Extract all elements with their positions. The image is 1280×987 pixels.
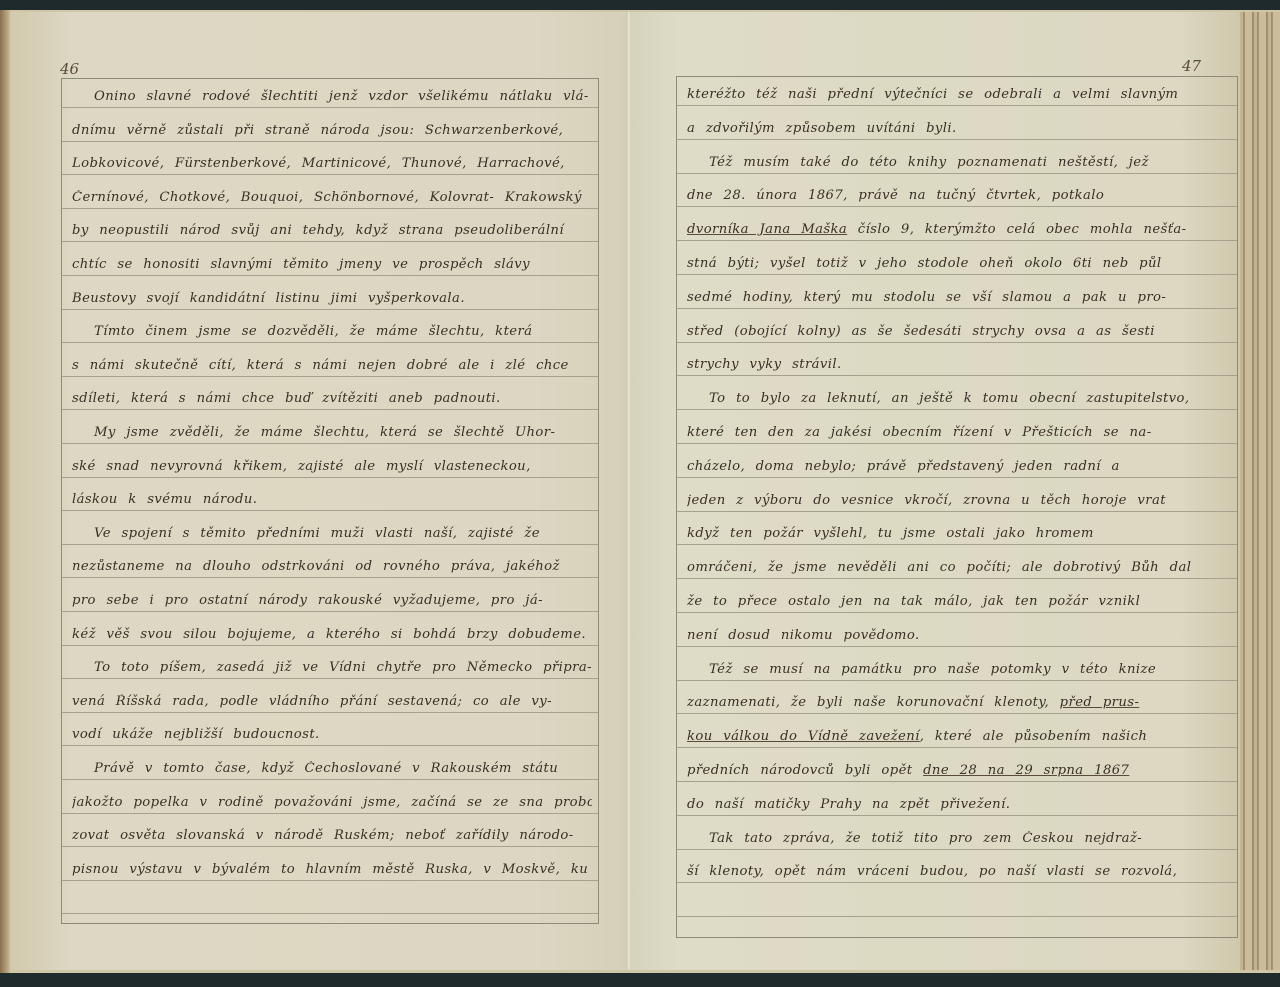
ruled-line [677, 612, 1237, 613]
ruled-line [62, 309, 598, 310]
handwritten-line: Černínové, Chotkové, Bouquoi, Schönborno… [72, 190, 592, 205]
handwritten-line: To toto píšem, zasedá již ve Vídni chytř… [72, 660, 592, 675]
handwritten-line: Tak tato zpráva, že totiž tito pro zem Č… [687, 831, 1231, 846]
handwritten-line: předních národovců byli opět dne 28 na 2… [687, 763, 1231, 778]
ruled-line [677, 375, 1237, 376]
handwritten-line: a zdvořilým způsobem uvítáni byli. [687, 121, 1231, 136]
handwritten-line: zaznamenati, že byli naše korunovační kl… [687, 695, 1231, 710]
underlined-text: dne 28 na 29 srpna 1867 [923, 763, 1129, 778]
ruled-line [677, 747, 1237, 748]
handwritten-line: kou válkou do Vídně zavežení, které ale … [687, 729, 1231, 744]
ruled-line [677, 713, 1237, 714]
page-stack-edge [1240, 12, 1280, 970]
ruled-line [62, 611, 598, 612]
handwritten-line: střed (obojící kolny) as še šedesáti str… [687, 324, 1231, 339]
ruled-frame-left: Onino slavné rodové šlechtiti jenž vzdor… [61, 78, 599, 924]
ruled-line [677, 511, 1237, 512]
handwritten-line: stná býti; vyšel totiž v jeho stodole oh… [687, 256, 1231, 271]
ruled-line [62, 208, 598, 209]
left-page: 46 Onino slavné rodové šlechtiti jenž vz… [10, 12, 628, 970]
ruled-line [62, 409, 598, 410]
ruled-line [62, 241, 598, 242]
ruled-line [677, 781, 1237, 782]
handwritten-line: sedmé hodiny, který mu stodolu se vší sl… [687, 290, 1231, 305]
handwritten-line: nezůstaneme na dlouho odstrkováni od rov… [72, 559, 592, 574]
ruled-line [677, 342, 1237, 343]
handwritten-line: Beustovy svojí kandidátní listinu jimi v… [72, 291, 592, 306]
ruled-line [677, 308, 1237, 309]
handwritten-line: Tímto činem jsme se dozvěděli, že máme š… [72, 324, 592, 339]
ruled-line [62, 813, 598, 814]
ruled-line [62, 107, 598, 108]
ruled-line [62, 174, 598, 175]
ruled-line [62, 342, 598, 343]
ruled-line [62, 745, 598, 746]
ruled-line [677, 578, 1237, 579]
underlined-text: před prus- [1060, 695, 1140, 710]
ruled-line [677, 274, 1237, 275]
ruled-line [677, 409, 1237, 410]
handwritten-line: vodí ukáže nejbližší budoucnost. [72, 727, 592, 742]
handwritten-line: kéž věš svou silou bojujeme, a kterého s… [72, 627, 592, 642]
handwritten-line: do naší matičky Prahy na zpět přivežení. [687, 797, 1231, 812]
handwritten-line: láskou k svému národu. [72, 492, 592, 507]
ruled-line [677, 105, 1237, 106]
ruled-line [677, 206, 1237, 207]
ruled-line [677, 882, 1237, 883]
handwritten-line: pisnou výstavu v bývalém to hlavním měst… [72, 862, 592, 877]
handwritten-line: kteréžto též naši přední výtečníci se od… [687, 87, 1231, 102]
right-page: 47 kteréžto též naši přední výtečníci se… [630, 12, 1240, 970]
handwritten-line: Právě v tomto čase, když Čechoslované v … [72, 761, 592, 776]
ruled-line [677, 173, 1237, 174]
ruled-line [62, 779, 598, 780]
handwritten-line: My jsme zvěděli, že máme šlechtu, která … [72, 425, 592, 440]
handwritten-line: které ten den za jakési obecním řízení v… [687, 425, 1231, 440]
ruled-line [62, 712, 598, 713]
ruled-line [62, 477, 598, 478]
handwritten-line: není dosud nikomu povědomo. [687, 628, 1231, 643]
underlined-text: dvorníka Jana Maška [687, 222, 847, 237]
page-number-right: 47 [1182, 57, 1201, 75]
ruled-line [62, 376, 598, 377]
ruled-line [62, 678, 598, 679]
ruled-line [62, 577, 598, 578]
ruled-line [62, 510, 598, 511]
handwritten-line: Ve spojení s těmito předními muži vlasti… [72, 526, 592, 541]
ruled-line [677, 544, 1237, 545]
ruled-line [677, 443, 1237, 444]
handwritten-line: dne 28. února 1867, právě na tučný čtvrt… [687, 188, 1231, 203]
handwritten-line: ské snad nevyrovná křikem, zajisté ale m… [72, 459, 592, 474]
handwritten-line: strychy vyky strávil. [687, 357, 1231, 372]
ruled-line [62, 913, 598, 914]
ruled-line [62, 645, 598, 646]
ruled-line [677, 139, 1237, 140]
ruled-line [677, 646, 1237, 647]
ruled-line [677, 240, 1237, 241]
handwritten-line: dnímu věrně zůstali při straně národa js… [72, 123, 592, 138]
handwritten-line: Lobkovicové, Fürstenberkové, Martinicové… [72, 156, 592, 171]
page-number-left: 46 [60, 60, 79, 78]
ruled-line [677, 916, 1237, 917]
ruled-line [62, 141, 598, 142]
handwritten-line: zovat osvěta slovanská v národě Ruském; … [72, 828, 592, 843]
handwritten-line: cházelo, doma nebylo; právě představený … [687, 459, 1231, 474]
ruled-line [677, 815, 1237, 816]
handwritten-line: by neopustili národ svůj ani tehdy, když… [72, 223, 592, 238]
ruled-line [677, 477, 1237, 478]
handwritten-line: vená Říšská rada, podle vládního přání s… [72, 694, 592, 709]
handwritten-line: To to bylo za leknutí, an ještě k tomu o… [687, 391, 1231, 406]
ruled-line [62, 880, 598, 881]
ruled-line [677, 680, 1237, 681]
handwritten-line: omráčeni, že jsme nevěděli ani co počíti… [687, 560, 1231, 575]
handwritten-line: Též musím také do této knihy poznamenati… [687, 155, 1231, 170]
handwritten-line: Též se musí na památku pro naše potomky … [687, 662, 1231, 677]
ruled-frame-right: kteréžto též naši přední výtečníci se od… [676, 76, 1238, 938]
ruled-line [62, 544, 598, 545]
handwritten-line: ší klenoty, opět nám vráceni budou, po n… [687, 864, 1231, 879]
handwritten-line: Onino slavné rodové šlechtiti jenž vzdor… [72, 89, 592, 104]
handwritten-line: dvorníka Jana Maška číslo 9, kterýmžto c… [687, 222, 1231, 237]
handwritten-line: když ten požár vyšlehl, tu jsme ostali j… [687, 526, 1231, 541]
handwritten-line: pro sebe i pro ostatní národy rakouské v… [72, 593, 592, 608]
handwritten-line: s námi skutečně cítí, která s námi nejen… [72, 358, 592, 373]
handwritten-line: chtíc se honositi slavnými těmito jmeny … [72, 257, 592, 272]
handwritten-line: jakožto popelka v rodině považováni jsme… [72, 795, 592, 810]
handwritten-line: že to přece ostalo jen na tak málo, jak … [687, 594, 1231, 609]
ruled-line [62, 443, 598, 444]
underlined-text: kou válkou do Vídně zavežení [687, 729, 920, 744]
ruled-line [677, 849, 1237, 850]
handwritten-line: jeden z výboru do vesnice vkročí, zrovna… [687, 493, 1231, 508]
ruled-line [62, 275, 598, 276]
ruled-line [62, 846, 598, 847]
handwritten-line: sdíleti, která s námi chce buď zvítěziti… [72, 391, 592, 406]
